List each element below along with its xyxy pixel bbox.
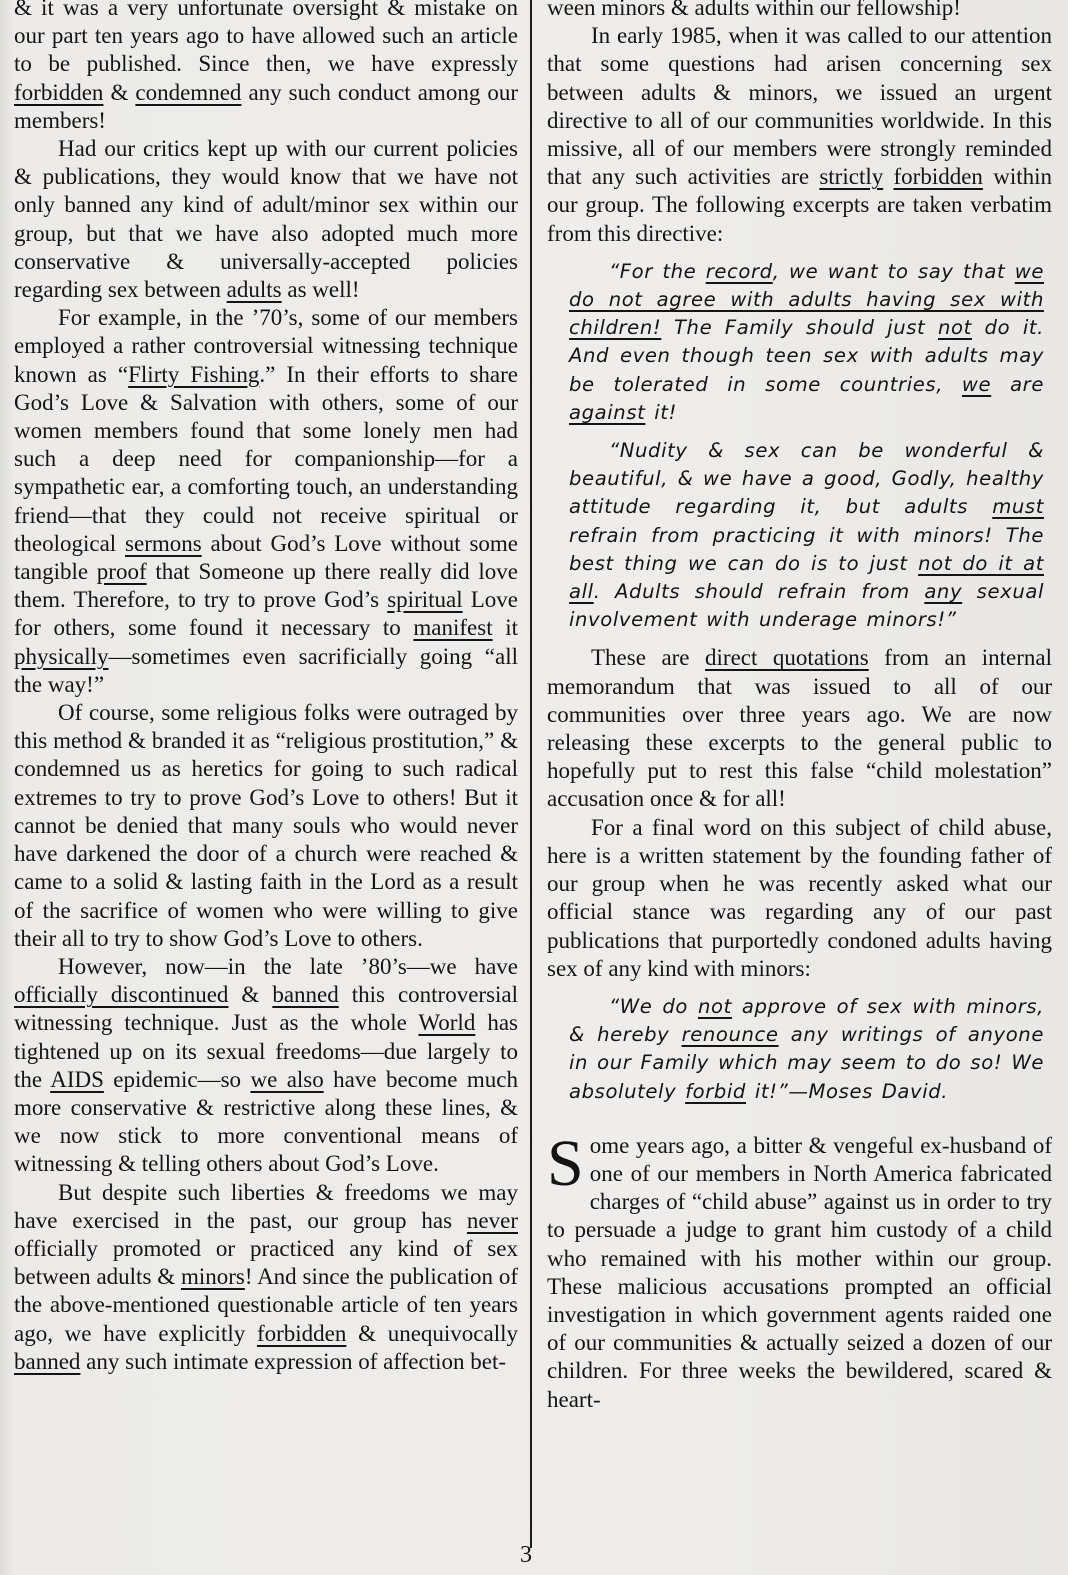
underlined-word: record	[706, 260, 773, 283]
left-column: & it was a very unfortunate oversight & …	[14, 0, 518, 1376]
block-quote: “Nudity & sex can be wonderful & beautif…	[569, 437, 1044, 634]
paragraph: For example, in the ’70’s, some of our m…	[14, 304, 518, 699]
underlined-word: strictly	[819, 164, 883, 189]
underlined-word: banned	[272, 982, 338, 1007]
underlined-word: not	[938, 316, 972, 339]
underlined-word: manifest	[413, 615, 492, 640]
paragraph: For a final word on this subject of chil…	[547, 814, 1052, 983]
underlined-word: must	[992, 495, 1044, 518]
underlined-word: forbidden	[14, 80, 103, 105]
right-column: ween minors & adults within our fellowsh…	[547, 0, 1052, 1414]
underlined-word: renounce	[682, 1023, 779, 1046]
underlined-word: any	[924, 580, 962, 603]
paragraph: & it was a very unfortunate oversight & …	[14, 0, 518, 135]
paragraph: However, now—in the late ’80’s—we have o…	[14, 953, 518, 1179]
underlined-word: physically	[14, 644, 109, 669]
underlined-word: sermons	[125, 531, 202, 556]
underlined-word: adults	[227, 277, 282, 302]
underlined-word: banned	[14, 1349, 80, 1374]
underlined-word: direct quotations	[705, 645, 869, 670]
page-number: 3	[520, 1542, 532, 1569]
paragraph: In early 1985, when it was called to our…	[547, 22, 1052, 248]
underlined-word: never	[467, 1208, 518, 1233]
paragraph: Had our critics kept up with our current…	[14, 135, 518, 304]
underlined-word: officially discontinued	[14, 982, 228, 1007]
underlined-word: spiritual	[387, 587, 462, 612]
paragraph: These are direct quotations from an inte…	[547, 644, 1052, 813]
underlined-word: Flirty Fishing	[128, 362, 259, 387]
drop-cap: S	[547, 1132, 584, 1190]
paragraph: Some years ago, a bitter & vengeful ex-h…	[547, 1132, 1052, 1414]
block-quote: “For the record, we want to say that we …	[569, 258, 1044, 427]
underlined-word: minors	[181, 1264, 245, 1289]
underlined-word: condemned	[135, 80, 241, 105]
underlined-word: AIDS	[50, 1067, 104, 1092]
underlined-word: forbidden	[257, 1321, 346, 1346]
scanned-page: & it was a very unfortunate oversight & …	[0, 0, 1068, 1575]
underlined-word: proof	[97, 559, 147, 584]
underlined-word: we	[962, 373, 991, 396]
column-divider	[530, 0, 532, 1548]
underlined-word: not	[698, 995, 732, 1018]
block-quote: “We do not approve of sex with minors, &…	[569, 993, 1044, 1106]
underlined-word: forbidden	[894, 164, 983, 189]
paragraph: ween minors & adults within our fellowsh…	[547, 0, 1052, 22]
paragraph: Of course, some religious folks were out…	[14, 699, 518, 953]
underlined-word: we also	[250, 1067, 323, 1092]
underlined-word: World	[418, 1010, 475, 1035]
paragraph: But despite such liberties & freedoms we…	[14, 1179, 518, 1376]
underlined-word: forbid	[685, 1080, 746, 1103]
underlined-word: against	[569, 401, 645, 424]
